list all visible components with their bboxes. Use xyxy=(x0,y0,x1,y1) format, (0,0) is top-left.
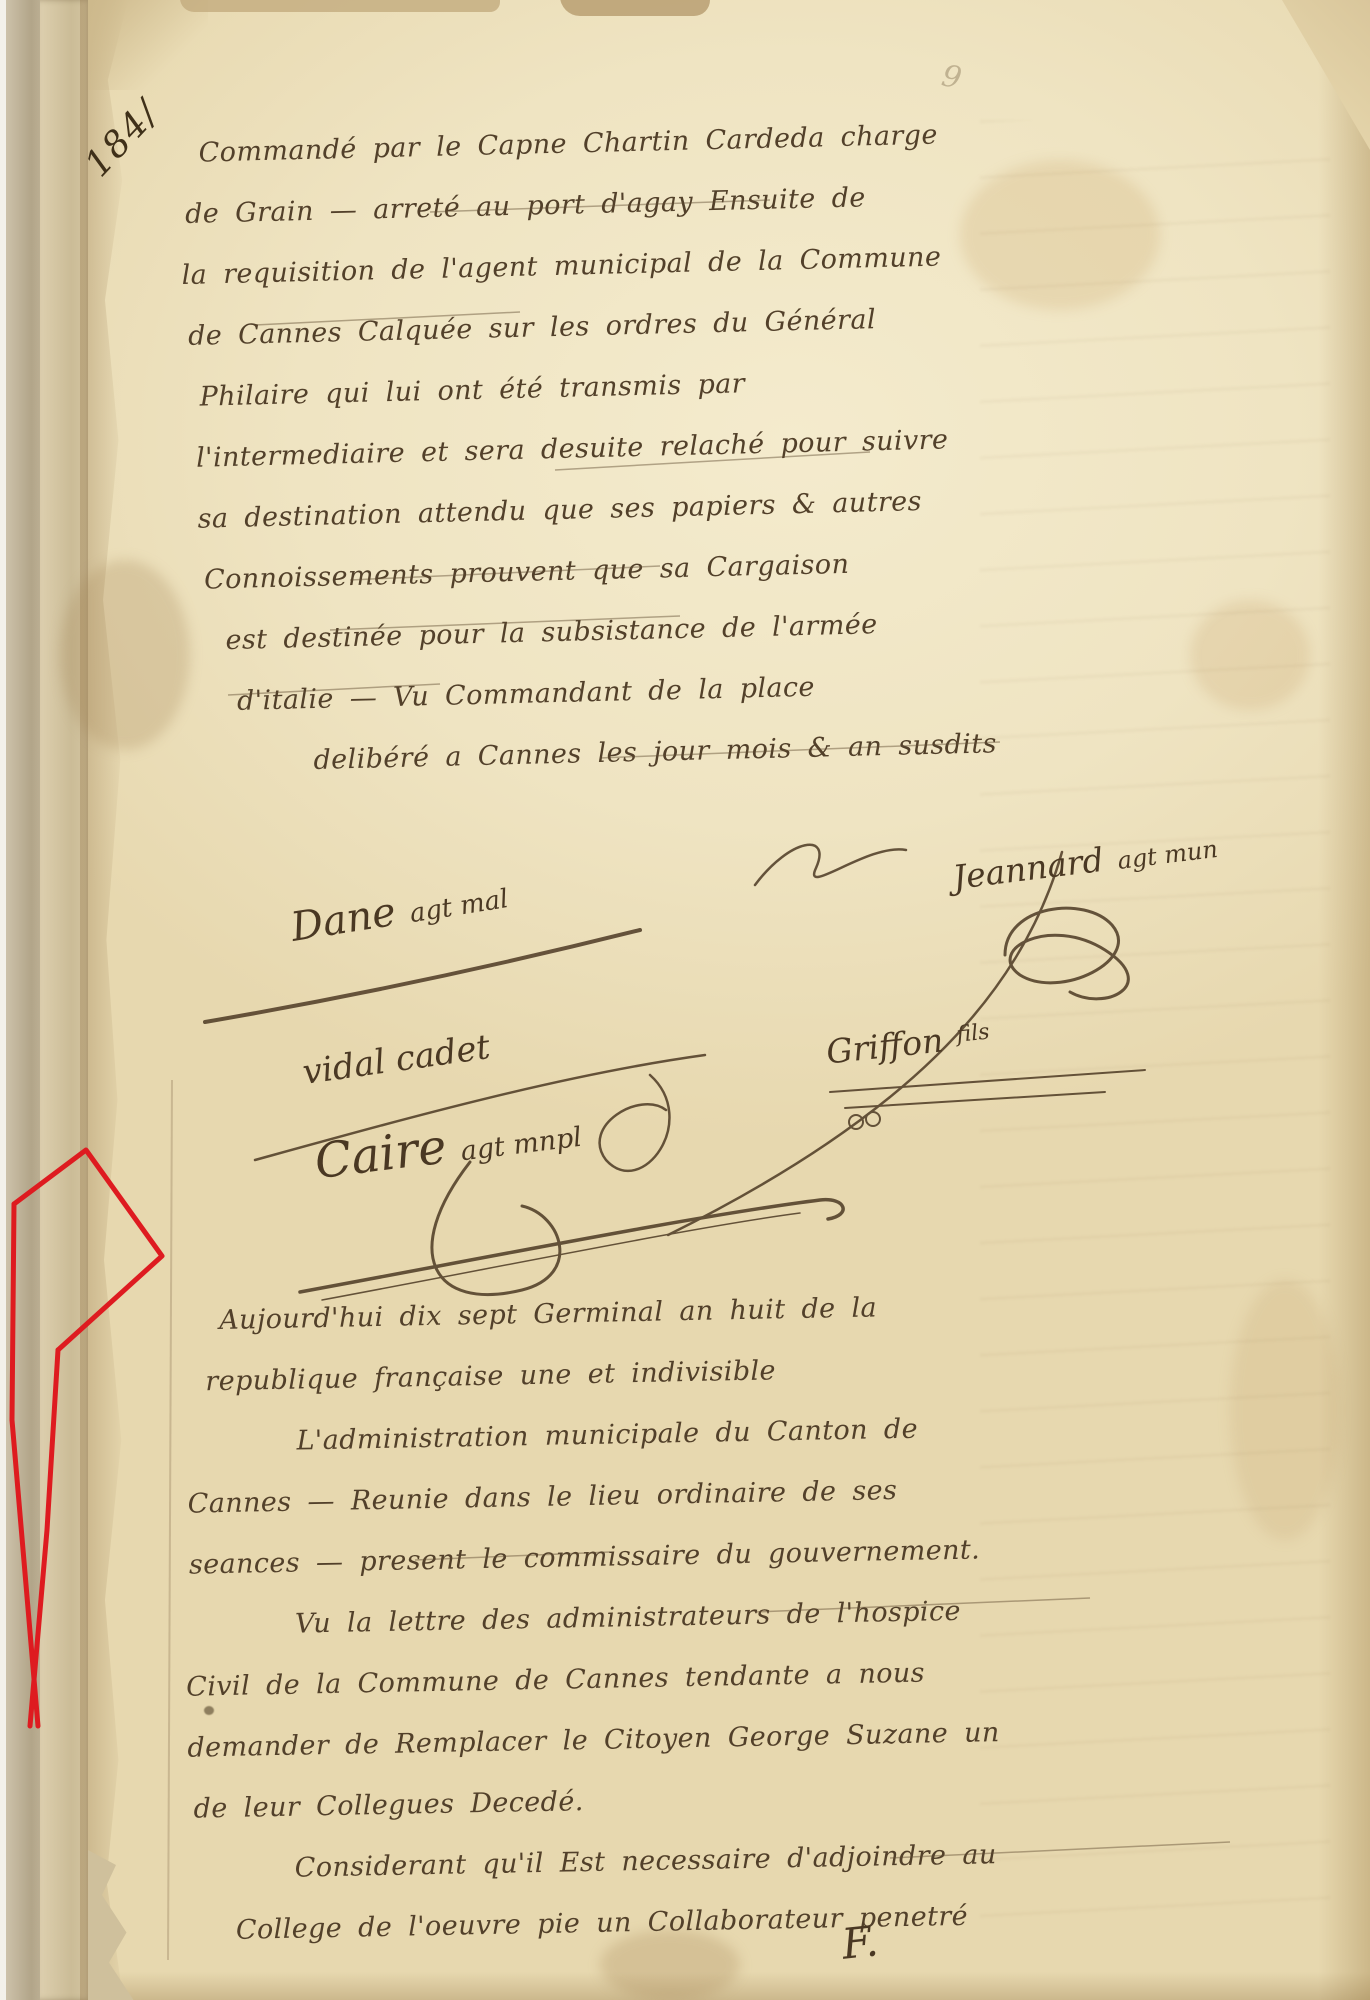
page-corner-shadow xyxy=(88,0,208,90)
manuscript-scan: 184/ 9 Commandé par le Capne Chartin Car… xyxy=(0,0,1370,2000)
final-initial: F. xyxy=(840,1916,881,1968)
paper-stain xyxy=(60,560,190,750)
top-tear xyxy=(560,0,710,16)
signature-title: fils xyxy=(955,1020,990,1048)
paragraph-deliberation: Commandé par le Capne Chartin Cardeda ch… xyxy=(178,101,1094,794)
underlying-page-edge xyxy=(6,0,42,2000)
paragraph-germinal-session: Aujourd'hui dix sept Germinal an huit de… xyxy=(174,1273,1107,1962)
top-tear xyxy=(180,0,500,12)
